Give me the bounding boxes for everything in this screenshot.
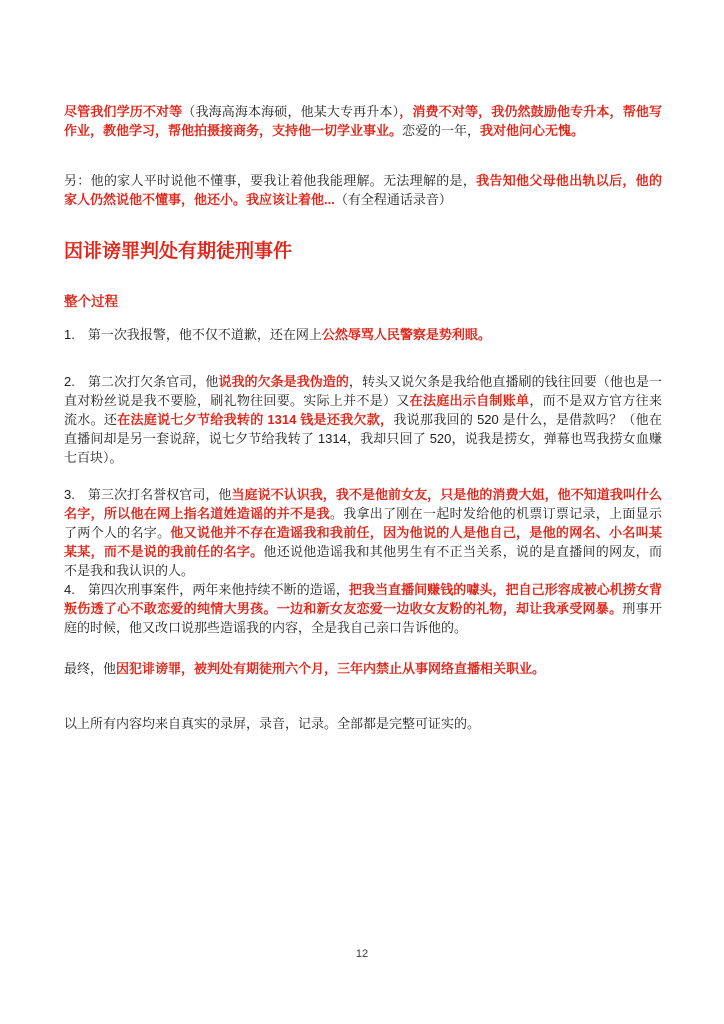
- family-note-paragraph: 另：他的家人平时说他不懂事，要我让着他我能理解。无法理解的是，我告知他父母他出轨…: [64, 171, 662, 209]
- emphasis-red-text: 说我的欠条是我伪造的: [218, 374, 348, 389]
- event-item-1: 1. 第一次我报警，他不仅不道歉，还在网上公然辱骂人民警察是势利眼。: [64, 325, 662, 344]
- process-subheading: 整个过程: [64, 292, 662, 311]
- emphasis-red-text: 在法庭说七夕节给我转的 1314 钱是还我欠款，: [117, 412, 393, 427]
- emphasis-red-text: 公然辱骂人民警察是势利眼。: [322, 327, 491, 342]
- body-text: （我海高海本海硕，他某大专再升本）: [182, 104, 399, 119]
- event-item-4: 4. 第四次刑事案件，两年来他持续不断的造谣，把我当直播间赚钱的噱头，把自己形容…: [64, 580, 662, 637]
- body-text: 最终，他: [64, 661, 116, 676]
- body-text: （有全程通话录音）: [335, 192, 452, 207]
- closing-paragraph: 以上所有内容均来自真实的录屏，录音，记录。全部都是完整可证实的。: [64, 714, 662, 733]
- intro-paragraph: 尽管我们学历不对等（我海高海本海硕，他某大专再升本），消费不对等，我仍然鼓励他专…: [64, 102, 662, 140]
- document-page: 尽管我们学历不对等（我海高海本海硕，他某大专再升本），消费不对等，我仍然鼓励他专…: [0, 0, 724, 1024]
- body-text: 3. 第三次打名誉权官司，他: [64, 487, 231, 502]
- emphasis-red-text: 在法庭出示自制账单: [410, 393, 530, 408]
- emphasis-red-text: 尽管我们学历不对等: [64, 104, 182, 119]
- emphasis-red-text: 我对他问心无愧。: [480, 123, 584, 138]
- document-content: 尽管我们学历不对等（我海高海本海硕，他某大专再升本），消费不对等，我仍然鼓励他专…: [64, 102, 662, 733]
- body-text: 恋爱的一年，: [402, 123, 480, 138]
- page-number: 12: [0, 948, 724, 960]
- body-text: 1. 第一次我报警，他不仅不道歉，还在网上: [64, 327, 322, 342]
- emphasis-red-text: 因犯诽谤罪，被判处有期徒刑六个月，三年内禁止从事网络直播相关职业。: [116, 661, 545, 676]
- body-text: 以上所有内容均来自真实的录屏，录音，记录。全部都是完整可证实的。: [64, 716, 480, 731]
- event-item-3: 3. 第三次打名誉权官司，他当庭说不认识我，我不是他前女友，只是他的消费大姐，他…: [64, 485, 662, 580]
- body-text: 2. 第二次打欠条官司，他: [64, 374, 218, 389]
- body-text: 另：他的家人平时说他不懂事，要我让着他我能理解。无法理解的是，: [64, 173, 476, 188]
- verdict-paragraph: 最终，他因犯诽谤罪，被判处有期徒刑六个月，三年内禁止从事网络直播相关职业。: [64, 659, 662, 678]
- section-heading: 因诽谤罪判处有期徒刑事件: [64, 240, 662, 264]
- event-item-2: 2. 第二次打欠条官司，他说我的欠条是我伪造的，转头又说欠条是我给他直播刷的钱往…: [64, 372, 662, 467]
- body-text: 4. 第四次刑事案件，两年来他持续不断的造谣，: [64, 582, 349, 597]
